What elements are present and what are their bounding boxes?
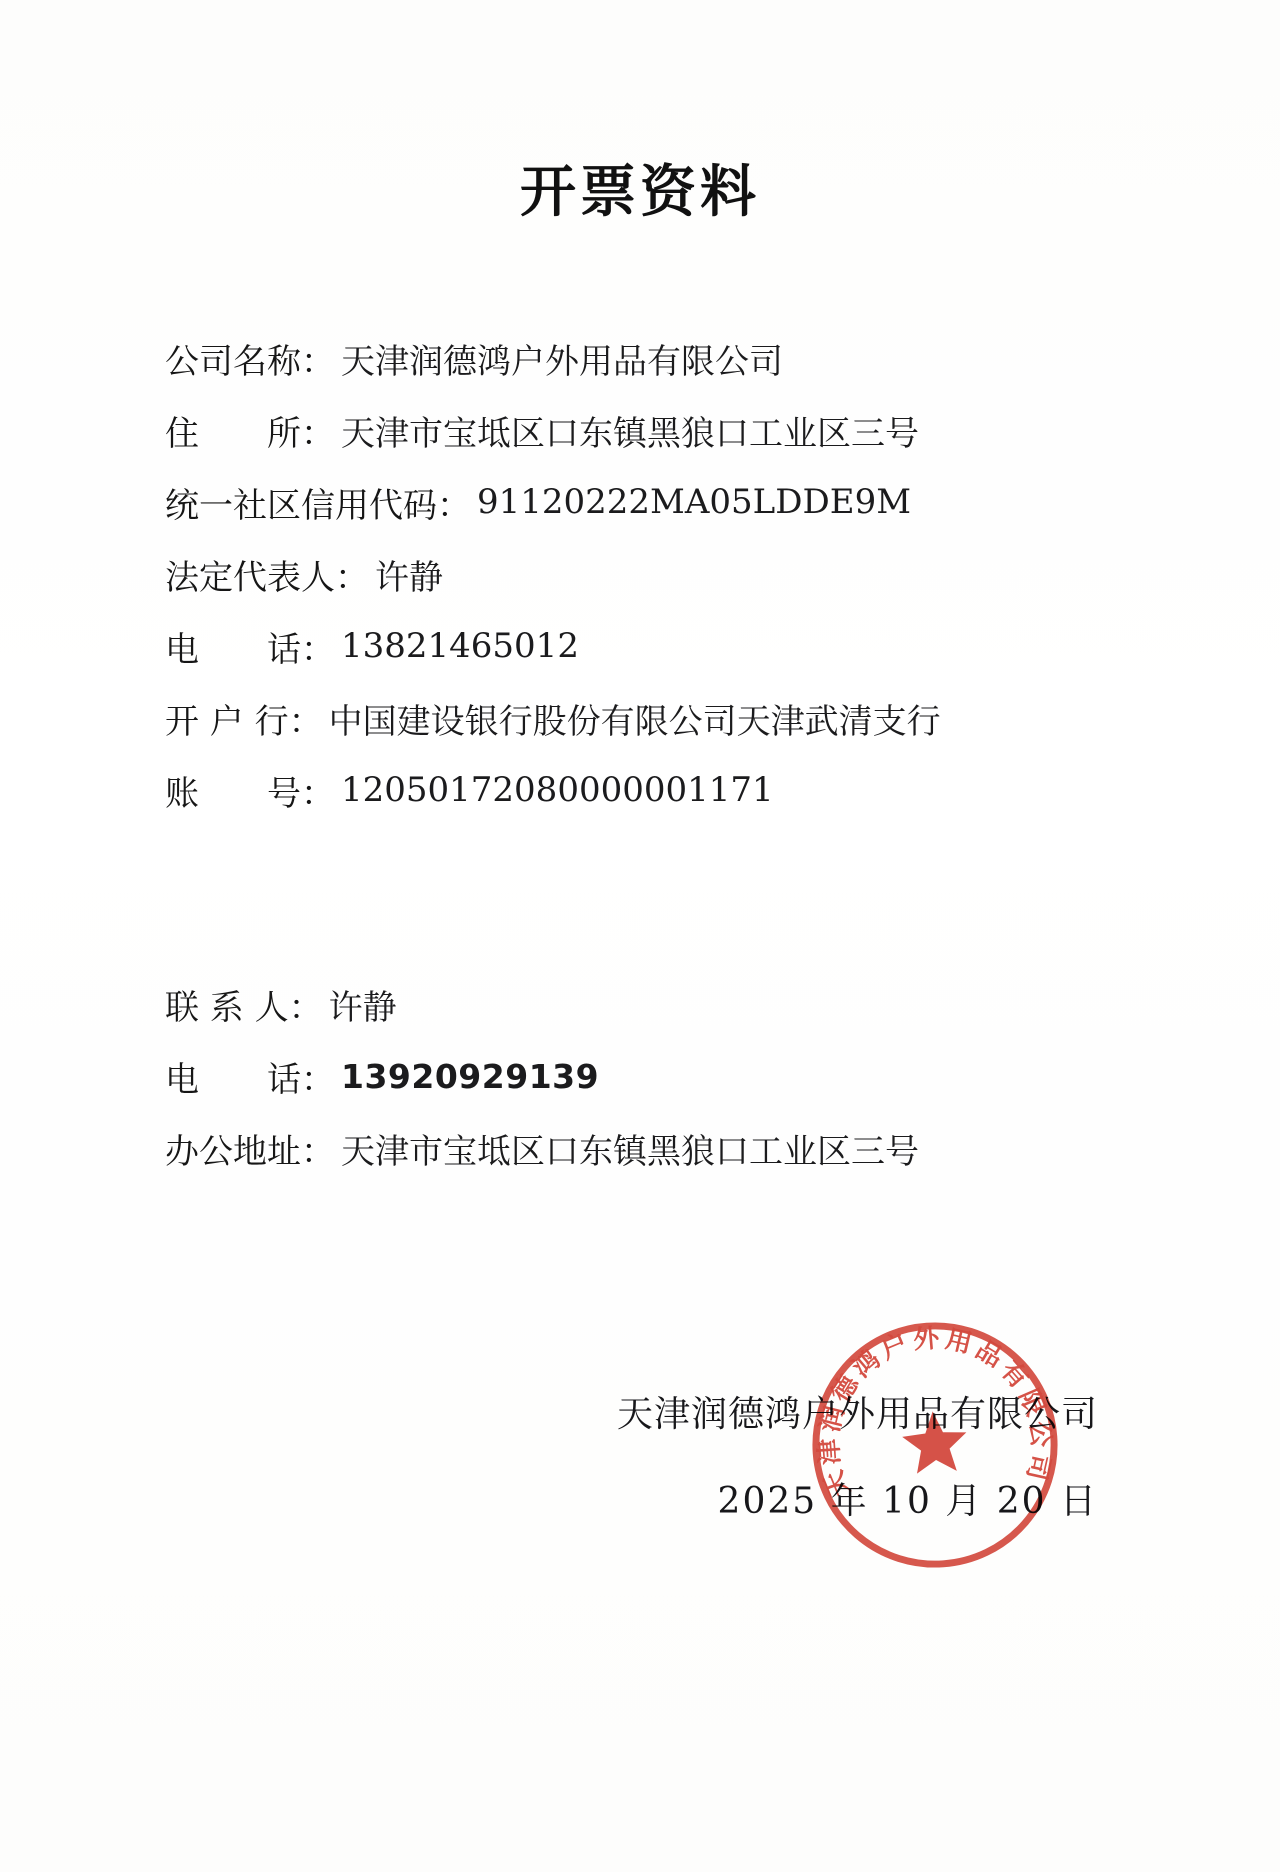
field-value: 天津市宝坻区口东镇黑狼口工业区三号 (341, 406, 919, 455)
field-value: 91120222MA05LDDE9M (477, 482, 911, 522)
row-bank: 开 户 行： 中国建设银行股份有限公司天津武清支行 (165, 682, 941, 754)
page-title: 开票资料 (0, 148, 1280, 228)
field-value: 天津润德鸿户外用品有限公司 (341, 334, 783, 383)
company-seal-stamp: 天津润德鸿户外用品有限公司 (797, 1307, 1072, 1582)
row-credit-code: 统一社区信用代码： 91120222MA05LDDE9M (165, 466, 941, 538)
field-label: 法定代表人： (165, 550, 369, 599)
row-contact-person: 联 系 人： 许静 (165, 968, 919, 1040)
field-label: 电 话： (165, 622, 335, 671)
field-label: 住 所： (165, 406, 335, 455)
field-value: 12050172080000001171 (341, 770, 774, 810)
row-legal-representative: 法定代表人： 许静 (165, 538, 941, 610)
field-value: 中国建设银行股份有限公司天津武清支行 (329, 694, 941, 743)
field-label: 账 号： (165, 766, 335, 815)
row-account-number: 账 号： 12050172080000001171 (165, 754, 941, 826)
field-label: 统一社区信用代码： (165, 478, 471, 527)
star-icon (901, 1409, 969, 1474)
seal-ring-text: 天津润德鸿户外用品有限公司 (807, 1316, 1059, 1502)
invoice-info-block: 公司名称： 天津润德鸿户外用品有限公司 住 所： 天津市宝坻区口东镇黑狼口工业区… (165, 322, 941, 826)
seal-graphic: 天津润德鸿户外用品有限公司 (797, 1307, 1072, 1582)
field-value: 天津市宝坻区口东镇黑狼口工业区三号 (341, 1124, 919, 1173)
row-address: 住 所： 天津市宝坻区口东镇黑狼口工业区三号 (165, 394, 941, 466)
field-label: 联 系 人： (165, 980, 323, 1029)
contact-info-block: 联 系 人： 许静 电 话： 13920929139 办公地址： 天津市宝坻区口… (165, 968, 919, 1184)
document-page: 开票资料 公司名称： 天津润德鸿户外用品有限公司 住 所： 天津市宝坻区口东镇黑… (0, 0, 1280, 1872)
field-label: 开 户 行： (165, 694, 323, 743)
field-label: 电 话： (165, 1052, 335, 1101)
field-label: 公司名称： (165, 334, 335, 383)
row-phone: 电 话： 13821465012 (165, 610, 941, 682)
field-value: 许静 (329, 980, 397, 1029)
field-value: 许静 (375, 550, 443, 599)
field-value: 13920929139 (341, 1057, 599, 1096)
row-office-address: 办公地址： 天津市宝坻区口东镇黑狼口工业区三号 (165, 1112, 919, 1184)
field-value: 13821465012 (341, 626, 579, 666)
row-company-name: 公司名称： 天津润德鸿户外用品有限公司 (165, 322, 941, 394)
row-contact-phone: 电 话： 13920929139 (165, 1040, 919, 1112)
field-label: 办公地址： (165, 1124, 335, 1173)
